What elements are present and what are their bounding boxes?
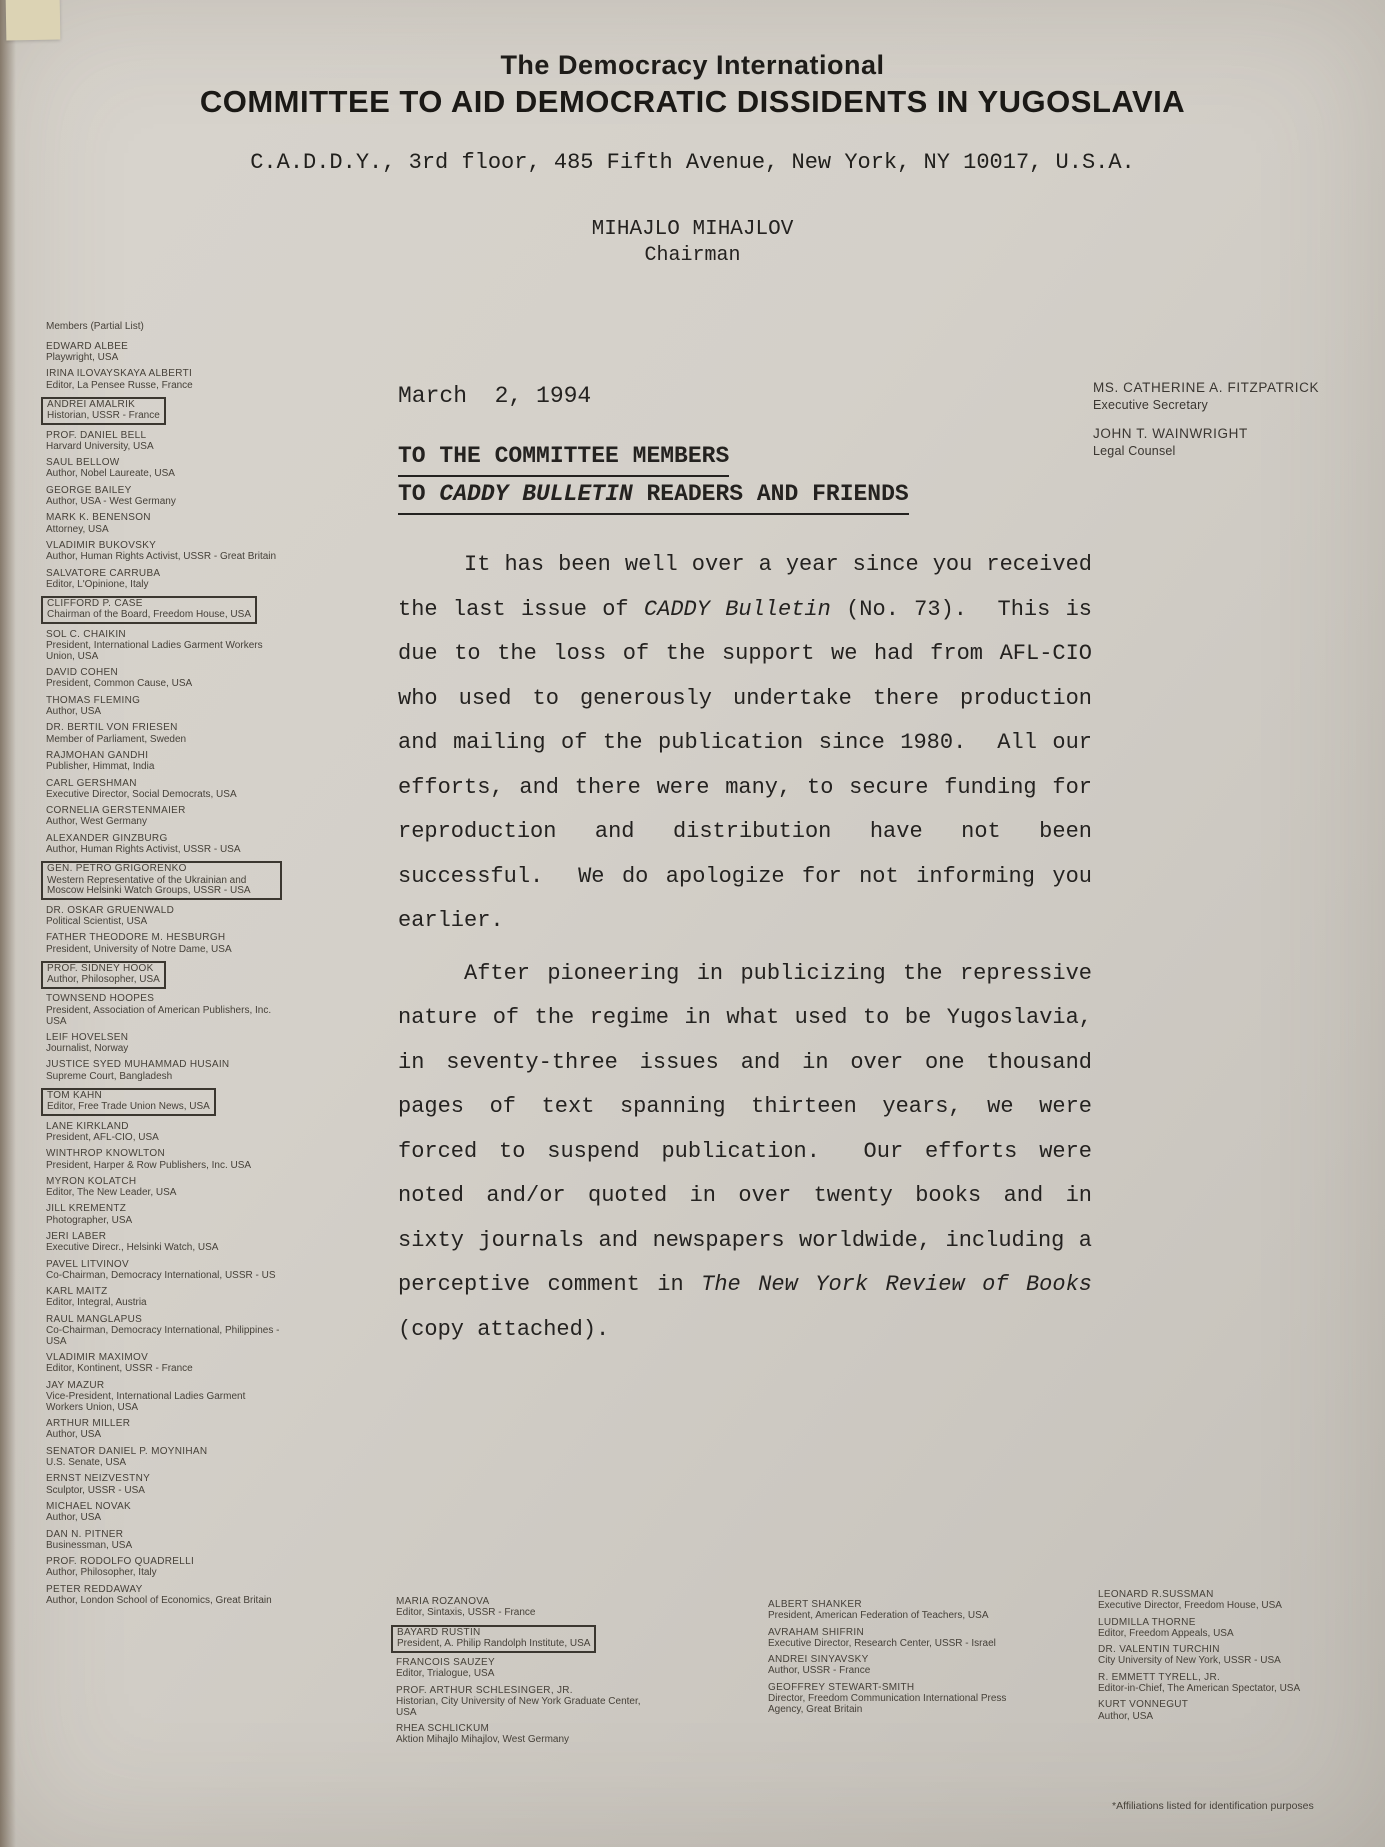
member-entry: ALEXANDER GINZBURGAuthor, Human Rights A… <box>46 834 241 856</box>
member-affiliation: Author, Philosopher, USA <box>47 975 160 986</box>
member-entry: VLADIMIR MAXIMOVEditor, Kontinent, USSR … <box>46 1353 193 1375</box>
member-affiliation: City University of New York, USSR - USA <box>1098 1656 1281 1667</box>
letter-paragraph: It has been well over a year since you r… <box>398 543 1092 944</box>
member-affiliation: Historian, City University of New York G… <box>396 1697 646 1719</box>
member-entry: TOWNSEND HOOPESPresident, Association of… <box>46 994 282 1027</box>
member-entry: AVRAHAM SHIFRINExecutive Director, Resea… <box>768 1628 996 1650</box>
member-entry: PROF. ARTHUR SCHLESINGER, JR.Historian, … <box>396 1686 646 1719</box>
member-affiliation: Historian, USSR - France <box>47 411 160 422</box>
member-entry: DR. OSKAR GRUENWALDPolitical Scientist, … <box>46 906 174 928</box>
member-name: ALBERT SHANKER <box>768 1600 988 1611</box>
member-affiliation: President, Association of American Publi… <box>46 1006 282 1028</box>
member-name: TOM KAHN <box>47 1091 210 1102</box>
member-name: CARL GERSHMAN <box>46 779 237 790</box>
member-name: VLADIMIR MAXIMOV <box>46 1353 193 1364</box>
members-sidebar-entries: EDWARD ALBEEPlaywright, USAIRINA ILOVAYS… <box>46 342 282 1607</box>
member-entry: SALVATORE CARRUBAEditor, L'Opinione, Ita… <box>46 569 160 591</box>
member-affiliation: Editor, Sintaxis, USSR - France <box>396 1608 536 1619</box>
text-run: (No. 73). This is due to the loss of the… <box>398 597 1105 934</box>
officer-name: JOHN T. WAINWRIGHT <box>1093 426 1385 441</box>
member-entry: RAUL MANGLAPUSCo-Chairman, Democracy Int… <box>46 1315 282 1348</box>
member-entry: DR. VALENTIN TURCHINCity University of N… <box>1098 1645 1281 1667</box>
member-entry: LANE KIRKLANDPresident, AFL-CIO, USA <box>46 1122 159 1144</box>
org-address: C.A.D.D.Y., 3rd floor, 485 Fifth Avenue,… <box>0 150 1385 175</box>
member-name: CORNELIA GERSTENMAIER <box>46 806 186 817</box>
members-bottom-column-3: LEONARD R.SUSSMANExecutive Director, Fre… <box>1098 1590 1380 1728</box>
member-entry: MARIA ROZANOVAEditor, Sintaxis, USSR - F… <box>396 1597 536 1619</box>
member-name: SOL C. CHAIKIN <box>46 630 282 641</box>
member-name: CLIFFORD P. CASE <box>47 599 251 610</box>
member-name: SENATOR DANIEL P. MOYNIHAN <box>46 1447 207 1458</box>
member-entry: DAVID COHENPresident, Common Cause, USA <box>46 668 192 690</box>
member-name: MICHAEL NOVAK <box>46 1502 131 1513</box>
member-name: RHEA SCHLICKUM <box>396 1724 569 1735</box>
member-entry-boxed: TOM KAHNEditor, Free Trade Union News, U… <box>41 1088 216 1116</box>
text-run: READERS AND FRIENDS <box>633 481 909 507</box>
member-name: FATHER THEODORE M. HESBURGH <box>46 933 232 944</box>
member-entry: VLADIMIR BUKOVSKYAuthor, Human Rights Ac… <box>46 541 276 563</box>
member-affiliation: Co-Chairman, Democracy International, Ph… <box>46 1326 282 1348</box>
member-name: JERI LABER <box>46 1232 218 1243</box>
member-affiliation: Executive Director, Research Center, USS… <box>768 1639 996 1650</box>
member-affiliation: Editor, La Pensee Russe, France <box>46 381 193 392</box>
member-name: ANDREI AMALRIK <box>47 400 160 411</box>
member-name: PROF. DANIEL BELL <box>46 431 154 442</box>
member-affiliation: Co-Chairman, Democracy International, US… <box>46 1271 276 1282</box>
member-name: DR. BERTIL VON FRIESEN <box>46 723 186 734</box>
member-entry: R. EMMETT TYRELL, JR.Editor-in-Chief, Th… <box>1098 1673 1300 1695</box>
member-affiliation: Executive Direcr., Helsinki Watch, USA <box>46 1243 218 1254</box>
member-entry: PAVEL LITVINOVCo-Chairman, Democracy Int… <box>46 1260 276 1282</box>
italic-text-run: CADDY Bulletin <box>644 597 831 622</box>
member-affiliation: President, AFL-CIO, USA <box>46 1133 159 1144</box>
member-name: EDWARD ALBEE <box>46 342 128 353</box>
member-entry: THOMAS FLEMINGAuthor, USA <box>46 696 140 718</box>
member-name: MARIA ROZANOVA <box>396 1597 536 1608</box>
member-affiliation: Author, USA <box>1098 1712 1188 1723</box>
member-affiliation: President, University of Notre Dame, USA <box>46 945 232 956</box>
sticky-tab <box>6 0 61 40</box>
member-name: KURT VONNEGUT <box>1098 1700 1188 1711</box>
member-affiliation: Harvard University, USA <box>46 442 154 453</box>
member-affiliation: Author, USA - West Germany <box>46 497 176 508</box>
letter-heading-line2: TO CADDY BULLETIN READERS AND FRIENDS <box>398 477 909 515</box>
chairman-title: Chairman <box>0 244 1385 267</box>
member-entry: FRANCOIS SAUZEYEditor, Trialogue, USA <box>396 1658 495 1680</box>
member-entry: GEOFFREY STEWART-SMITHDirector, Freedom … <box>768 1683 1023 1716</box>
member-affiliation: Author, USSR - France <box>768 1666 870 1677</box>
member-affiliation: Executive Director, Social Democrats, US… <box>46 790 237 801</box>
member-affiliation: Author, Philosopher, Italy <box>46 1568 194 1579</box>
member-entry: KURT VONNEGUTAuthor, USA <box>1098 1700 1188 1722</box>
member-affiliation: Political Scientist, USA <box>46 917 174 928</box>
member-name: MARK K. BENENSON <box>46 513 151 524</box>
member-name: ARTHUR MILLER <box>46 1419 130 1430</box>
member-affiliation: Journalist, Norway <box>46 1044 128 1055</box>
member-affiliation: Author, USA <box>46 707 140 718</box>
affiliations-footnote: *Affiliations listed for identification … <box>1112 1800 1314 1812</box>
member-affiliation: Photographer, USA <box>46 1216 132 1227</box>
member-entry-boxed: CLIFFORD P. CASEChairman of the Board, F… <box>41 596 257 624</box>
member-affiliation: Executive Director, Freedom House, USA <box>1098 1601 1282 1612</box>
letter-date: March 2, 1994 <box>398 383 1092 409</box>
member-affiliation: Aktion Mihajlo Mihajlov, West Germany <box>396 1735 569 1746</box>
member-entry: DR. BERTIL VON FRIESENMember of Parliame… <box>46 723 186 745</box>
member-affiliation: Editor, Integral, Austria <box>46 1298 147 1309</box>
scan-edge-shadow <box>0 0 16 1847</box>
member-entry: MYRON KOLATCHEditor, The New Leader, USA <box>46 1177 176 1199</box>
member-affiliation: President, American Federation of Teache… <box>768 1611 988 1622</box>
member-entry: ALBERT SHANKERPresident, American Federa… <box>768 1600 988 1622</box>
member-name: JILL KREMENTZ <box>46 1204 132 1215</box>
member-name: LEIF HOVELSEN <box>46 1033 128 1044</box>
member-name: PETER REDDAWAY <box>46 1585 272 1596</box>
member-entry: JILL KREMENTZPhotographer, USA <box>46 1204 132 1226</box>
member-entry: DAN N. PITNERBusinessman, USA <box>46 1530 132 1552</box>
member-entry: KARL MAITZEditor, Integral, Austria <box>46 1287 147 1309</box>
member-name: LUDMILLA THORNE <box>1098 1618 1234 1629</box>
member-entry: SOL C. CHAIKINPresident, International L… <box>46 630 282 663</box>
member-entry: IRINA ILOVAYSKAYA ALBERTIEditor, La Pens… <box>46 369 193 391</box>
member-entry: ERNST NEIZVESTNYSculptor, USSR - USA <box>46 1474 150 1496</box>
member-name: FRANCOIS SAUZEY <box>396 1658 495 1669</box>
member-entry: JUSTICE SYED MUHAMMAD HUSAINSupreme Cour… <box>46 1060 229 1082</box>
member-entry: LEONARD R.SUSSMANExecutive Director, Fre… <box>1098 1590 1282 1612</box>
member-entry: GEORGE BAILEYAuthor, USA - West Germany <box>46 486 176 508</box>
member-affiliation: Editor, Free Trade Union News, USA <box>47 1102 210 1113</box>
text-run: TO <box>398 481 439 507</box>
members-sidebar: Members (Partial List) EDWARD ALBEEPlayw… <box>46 322 282 1612</box>
member-entry: PETER REDDAWAYAuthor, London School of E… <box>46 1585 272 1607</box>
member-affiliation: Vice-President, International Ladies Gar… <box>46 1392 282 1414</box>
member-name: JAY MAZUR <box>46 1381 282 1392</box>
italic-text-run: CADDY BULLETIN <box>439 481 632 507</box>
letter-paragraph: After pioneering in publicizing the repr… <box>398 952 1092 1353</box>
members-list-title: Members (Partial List) <box>46 322 282 333</box>
member-entry: MICHAEL NOVAKAuthor, USA <box>46 1502 131 1524</box>
member-affiliation: Director, Freedom Communication Internat… <box>768 1694 1023 1716</box>
member-name: DR. VALENTIN TURCHIN <box>1098 1645 1281 1656</box>
member-name: LEONARD R.SUSSMAN <box>1098 1590 1282 1601</box>
member-entry: MARK K. BENENSONAttorney, USA <box>46 513 151 535</box>
member-affiliation: Chairman of the Board, Freedom House, US… <box>47 610 251 621</box>
member-name: GEORGE BAILEY <box>46 486 176 497</box>
member-name: DAN N. PITNER <box>46 1530 132 1541</box>
member-affiliation: Author, USA <box>46 1430 130 1441</box>
member-name: VLADIMIR BUKOVSKY <box>46 541 276 552</box>
member-entry: FATHER THEODORE M. HESBURGHPresident, Un… <box>46 933 232 955</box>
member-name: SALVATORE CARRUBA <box>46 569 160 580</box>
member-name: ANDREI SINYAVSKY <box>768 1655 870 1666</box>
member-entry: LUDMILLA THORNEEditor, Freedom Appeals, … <box>1098 1618 1234 1640</box>
member-affiliation: Sculptor, USSR - USA <box>46 1486 150 1497</box>
member-name: PROF. RODOLFO QUADRELLI <box>46 1557 194 1568</box>
member-entry: CARL GERSHMANExecutive Director, Social … <box>46 779 237 801</box>
member-name: TOWNSEND HOOPES <box>46 994 282 1005</box>
member-name: THOMAS FLEMING <box>46 696 140 707</box>
member-entry: PROF. RODOLFO QUADRELLIAuthor, Philosoph… <box>46 1557 194 1579</box>
member-name: LANE KIRKLAND <box>46 1122 159 1133</box>
member-entry: LEIF HOVELSENJournalist, Norway <box>46 1033 128 1055</box>
member-entry-boxed: GEN. PETRO GRIGORENKOWestern Representat… <box>41 861 282 900</box>
scanned-letter-page: The Democracy International COMMITTEE TO… <box>0 0 1385 1847</box>
italic-text-run: The New York Review of Books <box>701 1272 1092 1297</box>
member-entry: WINTHROP KNOWLTONPresident, Harper & Row… <box>46 1149 251 1171</box>
officer-title: Executive Secretary <box>1093 398 1385 412</box>
member-entry: ARTHUR MILLERAuthor, USA <box>46 1419 130 1441</box>
members-bottom-column-1: MARIA ROZANOVAEditor, Sintaxis, USSR - F… <box>396 1597 646 1752</box>
member-affiliation: Supreme Court, Bangladesh <box>46 1072 229 1083</box>
letter-heading: TO THE COMMITTEE MEMBERS TO CADDY BULLET… <box>398 439 1092 515</box>
member-affiliation: Playwright, USA <box>46 353 128 364</box>
member-name: SAUL BELLOW <box>46 458 175 469</box>
officer-entry: MS. CATHERINE A. FITZPATRICK Executive S… <box>1093 380 1385 412</box>
officer-title: Legal Counsel <box>1093 444 1385 458</box>
member-affiliation: Editor, Kontinent, USSR - France <box>46 1364 193 1375</box>
member-name: ERNST NEIZVESTNY <box>46 1474 150 1485</box>
member-name: PAVEL LITVINOV <box>46 1260 276 1271</box>
member-entry: SAUL BELLOWAuthor, Nobel Laureate, USA <box>46 458 175 480</box>
member-entry: RAJMOHAN GANDHIPublisher, Himmat, India <box>46 751 154 773</box>
member-affiliation: Member of Parliament, Sweden <box>46 735 186 746</box>
member-entry: JAY MAZURVice-President, International L… <box>46 1381 282 1414</box>
text-run: After pioneering in publicizing the repr… <box>398 961 1105 1298</box>
member-affiliation: President, Common Cause, USA <box>46 679 192 690</box>
letter-body: March 2, 1994 TO THE COMMITTEE MEMBERS T… <box>398 383 1092 1352</box>
member-name: BAYARD RUSTIN <box>397 1628 590 1639</box>
member-name: AVRAHAM SHIFRIN <box>768 1628 996 1639</box>
member-affiliation: Businessman, USA <box>46 1541 132 1552</box>
member-affiliation: Publisher, Himmat, India <box>46 762 154 773</box>
member-name: RAJMOHAN GANDHI <box>46 751 154 762</box>
member-name: PROF. ARTHUR SCHLESINGER, JR. <box>396 1686 646 1697</box>
member-entry: CORNELIA GERSTENMAIERAuthor, West German… <box>46 806 186 828</box>
member-affiliation: Author, London School of Economics, Grea… <box>46 1596 272 1607</box>
member-name: KARL MAITZ <box>46 1287 147 1298</box>
member-affiliation: Author, Nobel Laureate, USA <box>46 469 175 480</box>
member-affiliation: Author, Human Rights Activist, USSR - Gr… <box>46 552 276 563</box>
member-name: DAVID COHEN <box>46 668 192 679</box>
chairman-name: MIHAJLO MIHAJLOV <box>0 218 1385 241</box>
member-affiliation: Editor, Trialogue, USA <box>396 1669 495 1680</box>
member-affiliation: President, Harper & Row Publishers, Inc.… <box>46 1161 251 1172</box>
member-affiliation: President, A. Philip Randolph Institute,… <box>397 1639 590 1650</box>
member-name: MYRON KOLATCH <box>46 1177 176 1188</box>
member-affiliation: U.S. Senate, USA <box>46 1458 207 1469</box>
org-name-line2: COMMITTEE TO AID DEMOCRATIC DISSIDENTS I… <box>0 84 1385 120</box>
member-name: R. EMMETT TYRELL, JR. <box>1098 1673 1300 1684</box>
members-bottom-column-2: ALBERT SHANKERPresident, American Federa… <box>768 1600 1023 1721</box>
member-affiliation: President, International Ladies Garment … <box>46 641 282 663</box>
member-entry-boxed: ANDREI AMALRIKHistorian, USSR - France <box>41 397 166 425</box>
member-affiliation: Editor, Freedom Appeals, USA <box>1098 1629 1234 1640</box>
member-affiliation: Editor, L'Opinione, Italy <box>46 580 160 591</box>
member-name: DR. OSKAR GRUENWALD <box>46 906 174 917</box>
member-entry-boxed: BAYARD RUSTINPresident, A. Philip Randol… <box>391 1625 596 1653</box>
member-affiliation: Editor-in-Chief, The American Spectator,… <box>1098 1684 1300 1695</box>
org-name-line1: The Democracy International <box>0 50 1385 81</box>
officer-entry: JOHN T. WAINWRIGHT Legal Counsel <box>1093 426 1385 458</box>
member-name: IRINA ILOVAYSKAYA ALBERTI <box>46 369 193 380</box>
member-name: GEOFFREY STEWART-SMITH <box>768 1683 1023 1694</box>
member-affiliation: Western Representative of the Ukrainian … <box>47 876 276 898</box>
member-name: RAUL MANGLAPUS <box>46 1315 282 1326</box>
member-affiliation: Attorney, USA <box>46 525 151 536</box>
member-entry: ANDREI SINYAVSKYAuthor, USSR - France <box>768 1655 870 1677</box>
officers-block: MS. CATHERINE A. FITZPATRICK Executive S… <box>1093 380 1385 472</box>
member-name: ALEXANDER GINZBURG <box>46 834 241 845</box>
member-affiliation: Editor, The New Leader, USA <box>46 1188 176 1199</box>
member-entry: JERI LABERExecutive Direcr., Helsinki Wa… <box>46 1232 218 1254</box>
member-name: PROF. SIDNEY HOOK <box>47 964 160 975</box>
member-affiliation: Author, USA <box>46 1513 131 1524</box>
letter-heading-line1: TO THE COMMITTEE MEMBERS <box>398 439 729 477</box>
member-entry: SENATOR DANIEL P. MOYNIHANU.S. Senate, U… <box>46 1447 207 1469</box>
member-entry-boxed: PROF. SIDNEY HOOKAuthor, Philosopher, US… <box>41 961 166 989</box>
member-name: GEN. PETRO GRIGORENKO <box>47 864 276 875</box>
member-entry: EDWARD ALBEEPlaywright, USA <box>46 342 128 364</box>
member-affiliation: Author, West Germany <box>46 817 186 828</box>
member-entry: RHEA SCHLICKUMAktion Mihajlo Mihajlov, W… <box>396 1724 569 1746</box>
member-name: JUSTICE SYED MUHAMMAD HUSAIN <box>46 1060 229 1071</box>
member-entry: PROF. DANIEL BELLHarvard University, USA <box>46 431 154 453</box>
officer-name: MS. CATHERINE A. FITZPATRICK <box>1093 380 1385 395</box>
member-affiliation: Author, Human Rights Activist, USSR - US… <box>46 845 241 856</box>
member-name: WINTHROP KNOWLTON <box>46 1149 251 1160</box>
